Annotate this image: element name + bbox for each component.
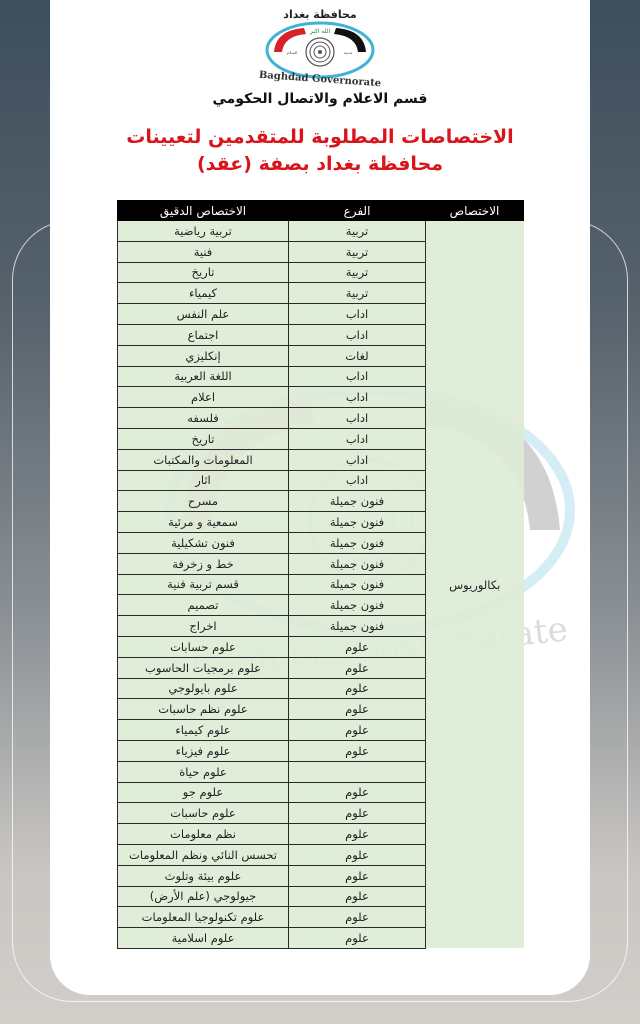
sub-specialization-cell: علوم بيئة وتلوث [118,865,289,886]
sub-specialization-cell: تاريخ [118,428,289,449]
sub-specialization-cell: علوم جو [118,782,289,803]
branch-cell: فنون جميلة [289,595,426,616]
sub-specialization-cell: علوم حياة [118,761,289,782]
sub-specialization-cell: تصميم [118,595,289,616]
branch-cell: فنون جميلة [289,616,426,637]
specializations-table: الاختصاص الفرع الاختصاص الدقيق بكالوريوس… [117,200,524,949]
sub-specialization-cell: علوم فيزياء [118,740,289,761]
sub-specialization-cell: نظم معلومات [118,824,289,845]
page-title: الاختصاصات المطلوبة للمتقدمين لتعيينات م… [50,124,590,178]
branch-cell: علوم [289,824,426,845]
sub-specialization-cell: اثار [118,470,289,491]
sub-specialization-cell: خط و زخرفة [118,553,289,574]
sub-specialization-cell: علوم نظم حاسبات [118,699,289,720]
sub-specialization-cell: اللغة العربية [118,366,289,387]
sub-specialization-cell: فلسفه [118,408,289,429]
branch-cell: اداب [289,366,426,387]
branch-cell: علوم [289,699,426,720]
sub-specialization-cell: علوم اسلامية [118,928,289,949]
svg-text:مدينة: مدينة [344,50,353,55]
sub-specialization-cell: علوم كيمياء [118,720,289,741]
sub-specialization-cell: جيولوجي (علم الأرض) [118,886,289,907]
branch-cell: اداب [289,428,426,449]
branch-cell: علوم [289,803,426,824]
sub-specialization-cell: فنية [118,241,289,262]
branch-cell: علوم [289,865,426,886]
title-line-1: الاختصاصات المطلوبة للمتقدمين لتعيينات [50,124,590,151]
sub-specialization-cell: سمعية و مرئية [118,512,289,533]
sub-specialization-cell: المعلومات والمكتبات [118,449,289,470]
branch-cell: فنون جميلة [289,532,426,553]
branch-cell: علوم [289,678,426,699]
branch-cell [289,761,426,782]
column-header-major: الاختصاص [426,201,524,221]
branch-cell: فنون جميلة [289,574,426,595]
sub-specialization-cell: علم النفس [118,304,289,325]
branch-cell: تربية [289,241,426,262]
branch-cell: علوم [289,720,426,741]
branch-cell: علوم [289,740,426,761]
branch-cell: علوم [289,928,426,949]
sub-specialization-cell: علوم تكنولوجيا المعلومات [118,907,289,928]
branch-cell: تربية [289,283,426,304]
branch-cell: تربية [289,262,426,283]
sub-specialization-cell: علوم برمجيات الحاسوب [118,657,289,678]
sub-specialization-cell: اخراج [118,616,289,637]
branch-cell: علوم [289,636,426,657]
sub-specialization-cell: إنكليزي [118,345,289,366]
branch-cell: لغات [289,345,426,366]
branch-cell: فنون جميلة [289,512,426,533]
branch-cell: علوم [289,886,426,907]
branch-cell: اداب [289,449,426,470]
branch-cell: علوم [289,844,426,865]
sub-specialization-cell: تربية رياضية [118,221,289,242]
column-header-branch: الفرع [289,201,426,221]
branch-cell: اداب [289,324,426,345]
column-header-sub-specialization: الاختصاص الدقيق [118,201,289,221]
branch-cell: اداب [289,408,426,429]
sub-specialization-cell: علوم حاسبات [118,803,289,824]
sub-specialization-cell: علوم حسابات [118,636,289,657]
branch-cell: اداب [289,387,426,408]
department-name: قسم الاعلام والاتصال الحكومي [50,91,590,107]
sub-specialization-cell: علوم بايولوجي [118,678,289,699]
document-card: محافظة بغداد الله اكبر السلام مدينة Bagh… [50,0,590,995]
branch-cell: علوم [289,657,426,678]
sub-specialization-cell: تاريخ [118,262,289,283]
sub-specialization-cell: اعلام [118,387,289,408]
sub-specialization-cell: تحسس النائي ونظم المعلومات [118,844,289,865]
sub-specialization-cell: قسم تربية فنية [118,574,289,595]
table-row: بكالوريوستربيةتربية رياضية [118,221,524,242]
sub-specialization-cell: مسرح [118,491,289,512]
branch-cell: اداب [289,470,426,491]
svg-text:السلام: السلام [287,50,298,55]
sub-specialization-cell: كيمياء [118,283,289,304]
branch-cell: تربية [289,221,426,242]
title-line-2: محافظة بغداد بصفة (عقد) [50,151,590,178]
branch-cell: فنون جميلة [289,491,426,512]
table-header-row: الاختصاص الفرع الاختصاص الدقيق [118,201,524,221]
branch-cell: علوم [289,907,426,928]
svg-text:الله اكبر: الله اكبر [309,28,331,35]
governorate-logo: محافظة بغداد الله اكبر السلام مدينة Bagh… [50,4,590,108]
major-cell: بكالوريوس [426,221,524,949]
sub-specialization-cell: فنون تشكيلية [118,532,289,553]
branch-cell: علوم [289,782,426,803]
branch-cell: فنون جميلة [289,553,426,574]
sub-specialization-cell: اجتماع [118,324,289,345]
branch-cell: اداب [289,304,426,325]
